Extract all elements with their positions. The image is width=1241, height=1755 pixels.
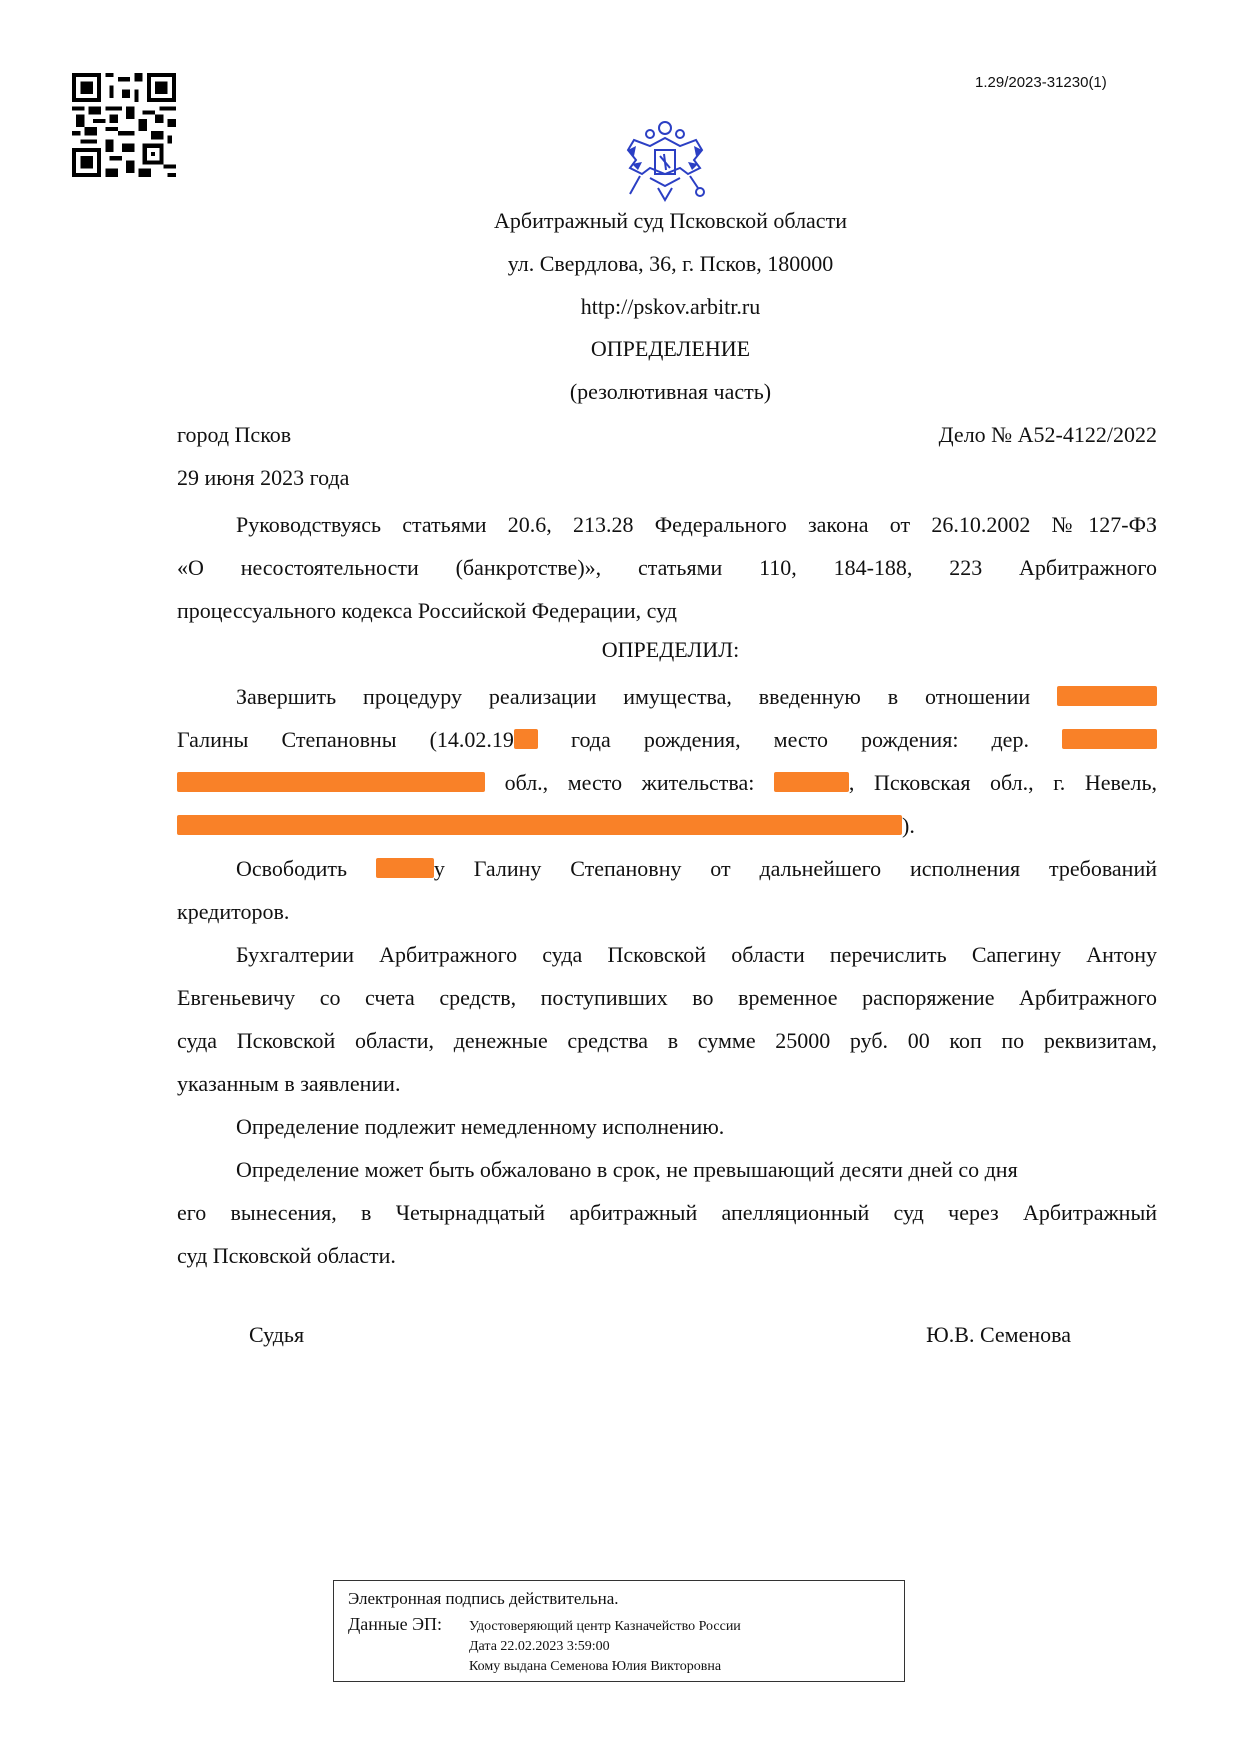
p1-text-d: ). <box>902 813 915 838</box>
preamble: Руководствуясь статьями 20.6, 213.28 Фед… <box>177 503 1157 632</box>
p2-line-2: кредиторов. <box>177 890 1157 933</box>
p5-line-2: его вынесения, в Четырнадцатый арбитражн… <box>177 1191 1157 1234</box>
p1-text-c2: , Псковская обл., г. Невель, <box>849 770 1157 795</box>
redacted-region <box>177 772 485 792</box>
court-website-link[interactable]: http://pskov.arbitr.ru <box>0 294 1241 320</box>
e-signature-issued-to: Кому выдана Семенова Юлия Викторовна <box>469 1657 741 1677</box>
p1-line-1: Завершить процедуру реализации имущества… <box>177 675 1157 718</box>
e-signature-status: Электронная подпись действительна. <box>348 1589 619 1609</box>
p1-text-c1: обл., место жительства: <box>505 770 755 795</box>
e-signature-issuer: Удостоверяющий центр Казначейство России <box>469 1617 741 1637</box>
p5-line-1: Определение может быть обжаловано в срок… <box>177 1148 1157 1191</box>
ruling-paragraph-4: Определение подлежит немедленному исполн… <box>177 1105 1157 1148</box>
judge-role: Судья <box>249 1322 304 1348</box>
document-type: ОПРЕДЕЛЕНИЕ <box>0 336 1241 362</box>
p4-line-1: Определение подлежит немедленному исполн… <box>177 1105 1157 1148</box>
p1-line-2: Галины Степановны (14.02.19 года рождени… <box>177 718 1157 761</box>
document-number: 1.29/2023-31230(1) <box>975 74 1107 91</box>
p1-text-a: Завершить процедуру реализации имущества… <box>236 684 1030 709</box>
redacted-surname <box>1057 686 1157 706</box>
e-signature-date: Дата 22.02.2023 3:59:00 <box>469 1637 741 1657</box>
p3-line-1: Бухгалтерии Арбитражного суда Псковской … <box>177 933 1157 976</box>
e-signature-label: Данные ЭП: <box>348 1614 442 1635</box>
p1-line-4: ). <box>177 804 1157 847</box>
court-name: Арбитражный суд Псковской области <box>0 208 1241 234</box>
redacted-birth-year <box>514 729 538 749</box>
p5-line-3: суд Псковской области. <box>177 1234 1157 1277</box>
redacted-surname-2 <box>376 858 434 878</box>
preamble-line-3: процессуального кодекса Российской Федер… <box>177 589 1157 632</box>
p3-line-2: Евгеньевичу со счета средств, поступивши… <box>177 976 1157 1019</box>
document-subtype: (резолютивная часть) <box>0 379 1241 405</box>
redacted-address <box>177 815 902 835</box>
coat-of-arms-icon <box>620 116 710 208</box>
p1-line-3: обл., место жительства: , Псковская обл.… <box>177 761 1157 804</box>
case-number: Дело № А52-4122/2022 <box>939 422 1157 448</box>
ruling-paragraph-3: Бухгалтерии Арбитражного суда Псковской … <box>177 933 1157 1105</box>
p2-text-a: Освободить <box>236 856 347 881</box>
p1-text-b2: года рождения, место рождения: дер. <box>538 727 1029 752</box>
preamble-line-2: «О несостоятельности (банкротстве)», ста… <box>177 546 1157 589</box>
p2-line-1: Освободить у Галину Степановну от дальне… <box>177 847 1157 890</box>
city: город Псков <box>177 422 291 448</box>
p2-text-b: у Галину Степановну от дальнейшего испол… <box>434 856 1157 881</box>
p1-text-b1: Галины Степановны (14.02.19 <box>177 727 514 752</box>
court-address: ул. Свердлова, 36, г. Псков, 180000 <box>0 251 1241 277</box>
preamble-line-1: Руководствуясь статьями 20.6, 213.28 Фед… <box>177 503 1157 546</box>
ruling-paragraph-1: Завершить процедуру реализации имущества… <box>177 675 1157 847</box>
redacted-postcode <box>774 772 849 792</box>
e-signature-box: Электронная подпись действительна. Данны… <box>333 1580 905 1682</box>
judge-name: Ю.В. Семенова <box>926 1322 1071 1348</box>
e-signature-details: Удостоверяющий центр Казначейство России… <box>469 1617 741 1677</box>
ruling-heading: ОПРЕДЕЛИЛ: <box>0 637 1241 663</box>
qr-code-icon <box>72 73 176 177</box>
document-date: 29 июня 2023 года <box>177 465 349 491</box>
ruling-paragraph-5: Определение может быть обжаловано в срок… <box>177 1148 1157 1277</box>
redacted-birthplace <box>1062 729 1157 749</box>
p3-line-4: указанным в заявлении. <box>177 1062 1157 1105</box>
p3-line-3: суда Псковской области, денежные средств… <box>177 1019 1157 1062</box>
ruling-paragraph-2: Освободить у Галину Степановну от дальне… <box>177 847 1157 933</box>
